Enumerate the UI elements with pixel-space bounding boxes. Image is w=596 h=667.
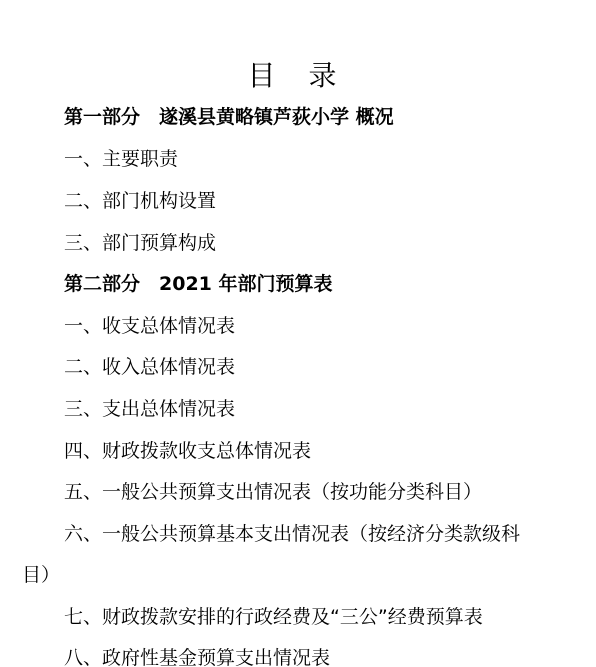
toc-item-revenue-expenditure-overview[interactable]: 一、收支总体情况表 — [64, 313, 235, 339]
toc-item-budget-composition[interactable]: 三、部门预算构成 — [64, 230, 216, 256]
toc-item-public-budget-basic-by-economic-wrap[interactable]: 目） — [22, 562, 60, 588]
toc-item-org-setup[interactable]: 二、部门机构设置 — [64, 188, 216, 214]
toc-title: 目 录 — [0, 56, 596, 96]
toc-item-admin-and-three-public-expenses[interactable]: 七、财政拨款安排的行政经费及“三公”经费预算表 — [64, 604, 483, 630]
toc-item-main-duties[interactable]: 一、主要职责 — [64, 146, 178, 172]
toc-item-fiscal-appropriation-overview[interactable]: 四、财政拨款收支总体情况表 — [64, 438, 311, 464]
toc-part-two-heading[interactable]: 第二部分 2021 年部门预算表 — [64, 271, 333, 297]
toc-item-revenue-overview[interactable]: 二、收入总体情况表 — [64, 354, 235, 380]
toc-part-one-heading[interactable]: 第一部分 遂溪县黄略镇芦荻小学 概况 — [64, 104, 394, 130]
toc-item-public-budget-basic-by-economic[interactable]: 六、一般公共预算基本支出情况表（按经济分类款级科 — [64, 521, 520, 547]
toc-item-government-fund-expenditure[interactable]: 八、政府性基金预算支出情况表 — [64, 645, 330, 667]
toc-item-public-budget-by-function[interactable]: 五、一般公共预算支出情况表（按功能分类科目） — [64, 479, 482, 505]
toc-item-expenditure-overview[interactable]: 三、支出总体情况表 — [64, 396, 235, 422]
